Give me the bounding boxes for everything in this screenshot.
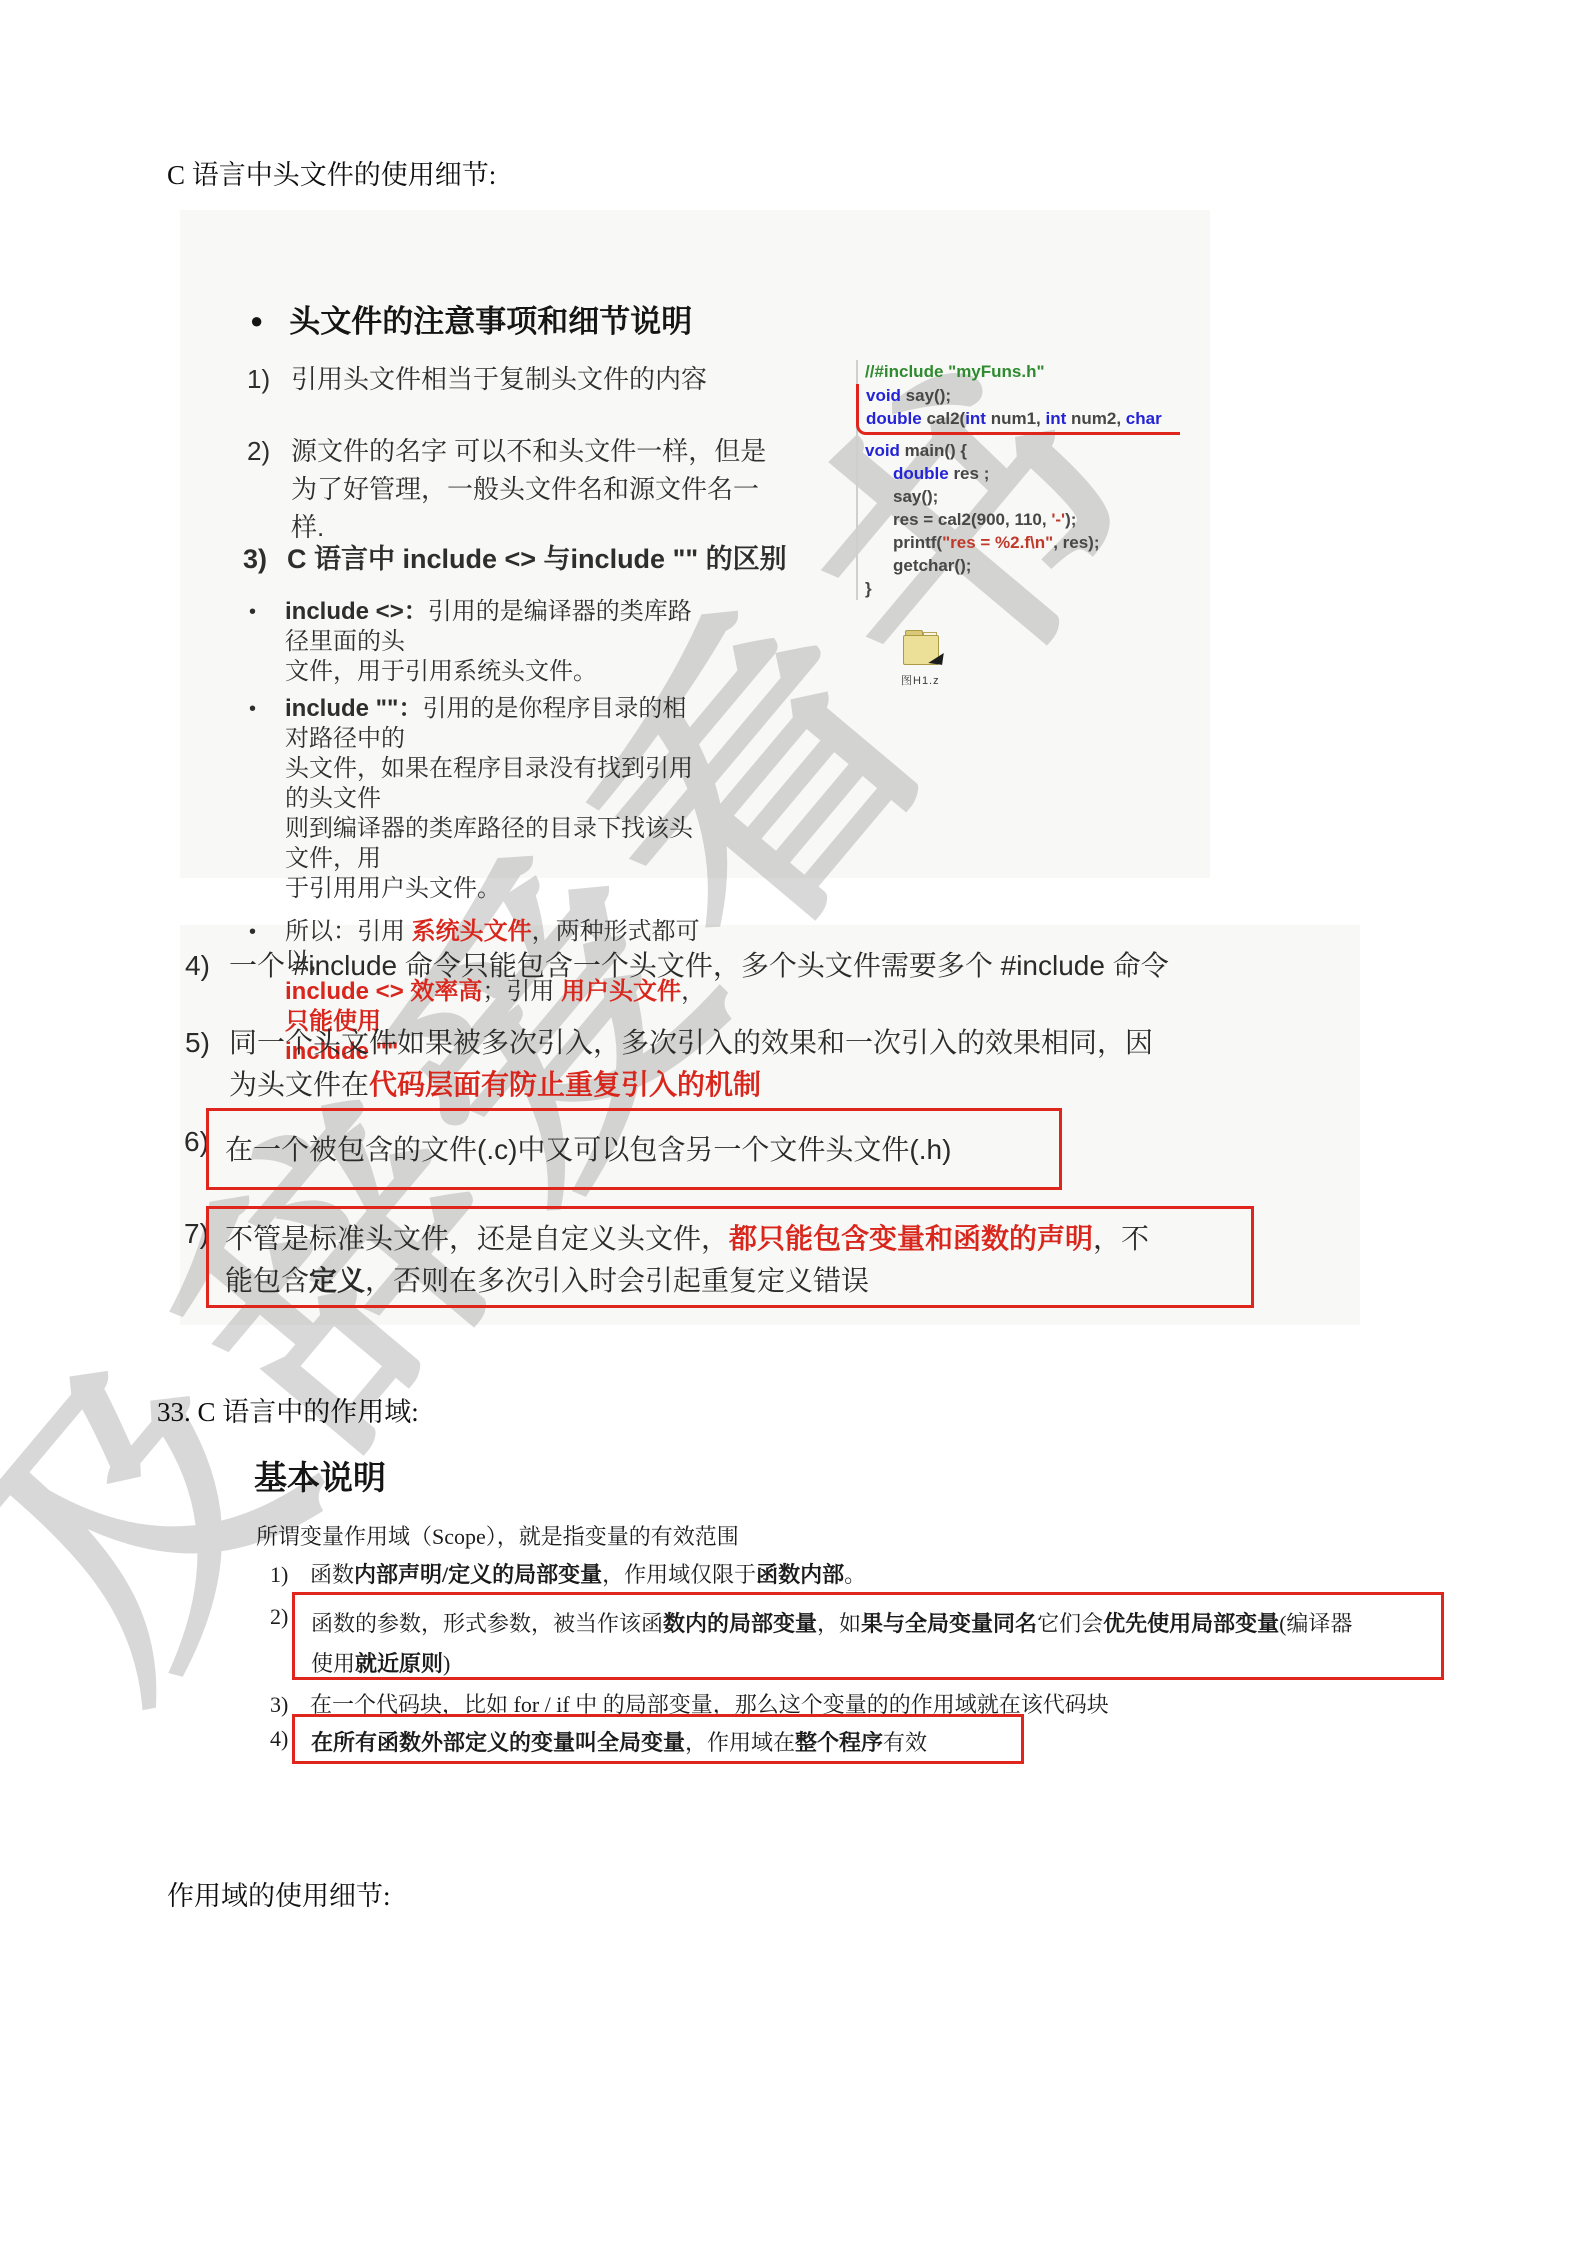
item-number: 2) (270, 1604, 288, 1630)
highlight-bold: 整个程序 (795, 1730, 883, 1755)
line: 为了好管理，一般头文件名和源文件名一 (291, 474, 759, 504)
code-keyword: int (1046, 409, 1067, 428)
code-token: cal2( (922, 409, 965, 428)
highlight-bold: 函数内部 (756, 1562, 844, 1587)
code-token: num2, (1066, 409, 1126, 428)
line: ，如 (817, 1611, 861, 1636)
notes-sub-bullets: • include <>：引用的是编译器的类库路径里面的头 文件，用于引用系统头… (249, 597, 709, 1074)
bullet-icon: • (249, 597, 285, 687)
item-text: 函数内部声明/定义的局部变量，作用域仅限于函数内部。 (310, 1558, 866, 1592)
highlight-bold: 果与全局变量同名 (861, 1611, 1037, 1636)
line: 函数 (310, 1562, 354, 1587)
code-token: include <>： (285, 598, 428, 625)
page-title: C 语言中头文件的使用细节: (167, 153, 496, 192)
item-text: 函数的参数，形式参数，被当作该函数内的局部变量，如果与全局变量同名它们会优先使用… (295, 1595, 1441, 1684)
bullet-icon: ● (250, 308, 263, 333)
code-token: , res); (1053, 533, 1099, 552)
item-number: 4) (270, 1726, 288, 1752)
item-number: 2) (247, 432, 291, 546)
item-number: 5) (185, 1022, 229, 1106)
scope-heading: 基本说明 (254, 1452, 386, 1499)
highlight-bold: 在所有函数外部定义的变量叫全局变量 (311, 1730, 685, 1755)
red-box-annotation-s4: 在所有函数外部定义的变量叫全局变量，作用域在整个程序有效 (292, 1714, 1024, 1764)
line: 为头文件在 (229, 1069, 369, 1100)
code-line: double res ; (865, 462, 1195, 485)
highlight-bold: 就近原则 (355, 1651, 443, 1676)
list-item-5: 5) 同一个头文件如果被多次引入，多次引入的效果和一次引入的效果相同，因 为头文… (185, 1022, 1285, 1106)
highlight-red: 系统头文件 (412, 918, 532, 945)
item-text: 引用头文件相当于复制头文件的内容 (291, 360, 707, 398)
highlight-red: 都只能包含变量和函数的声明 (729, 1223, 1093, 1254)
bullet-text: include ""：引用的是你程序目录的相对路径中的 头文件，如果在程序目录没… (285, 694, 709, 904)
scope-item-1: 1) 函数内部声明/定义的局部变量，作用域仅限于函数内部。 (270, 1558, 1370, 1592)
item-text: 在所有函数外部定义的变量叫全局变量，作用域在整个程序有效 (295, 1717, 1021, 1757)
line: 它们会 (1037, 1611, 1103, 1636)
list-item: • include ""：引用的是你程序目录的相对路径中的 头文件，如果在程序目… (249, 694, 709, 904)
item-number: 4) (185, 945, 229, 987)
notes-heading-text: 头文件的注意事项和细节说明 (289, 304, 692, 339)
list-item-3: 3) C 语言中 include <> 与include "" 的区别 (243, 540, 963, 578)
code-line: say(); (865, 485, 1195, 508)
line: 函数的参数，形式参数，被当作该函 (311, 1611, 663, 1636)
item-text: 源文件的名字 可以不和头文件一样，但是 为了好管理，一般头文件名和源文件名一 样… (291, 432, 766, 546)
line: 能包含 (225, 1265, 309, 1296)
line: 源文件的名字 可以不和头文件一样，但是 (291, 436, 766, 466)
code-string: "res = %2.f\n" (942, 533, 1053, 552)
code-line: printf("res = %2.f\n", res); (865, 531, 1195, 554)
highlight-bold: 定义 (309, 1265, 365, 1296)
red-underline-annotation: void say(); double cal2(int num1, int nu… (856, 384, 1180, 435)
folder-arrow (928, 651, 944, 665)
code-token: printf( (893, 533, 942, 552)
highlight-bold: 内部声明/定义的局部变量 (354, 1562, 602, 1587)
code-line: void say(); (866, 384, 1180, 407)
highlight-red: 代码层面有防止重复引入的机制 (369, 1069, 761, 1100)
code-keyword: void (865, 441, 900, 460)
code-token: include ""： (285, 695, 422, 722)
code-keyword: double (866, 409, 922, 428)
line: 使用 (311, 1651, 355, 1676)
line: ，否则在多次引入时会引起重复定义错误 (365, 1265, 869, 1296)
scope-intro: 所谓变量作用域（Scope），就是指变量的有效范围 (256, 1520, 739, 1551)
list-item-4: 4) 一个 #include 命令只能包含一个头文件，多个头文件需要多个 #in… (185, 945, 1265, 987)
list-item: • include <>：引用的是编译器的类库路径里面的头 文件，用于引用系统头… (249, 597, 709, 687)
list-item-2: 2) 源文件的名字 可以不和头文件一样，但是 为了好管理，一般头文件名和源文件名… (247, 432, 807, 546)
line: (编译器 (1279, 1611, 1352, 1636)
code-comment-line: //#include "myFuns.h" (865, 360, 1195, 383)
line: 。 (844, 1562, 866, 1587)
line: 有效 (883, 1730, 927, 1755)
file-label: 图H1.z (901, 672, 940, 688)
line: 文件，用于引用系统头文件。 (285, 658, 597, 685)
item-text: C 语言中 include <> 与include "" 的区别 (287, 540, 787, 578)
code-token: num1, (986, 409, 1046, 428)
folder-icon (903, 630, 945, 666)
code-keyword: char (1126, 409, 1162, 428)
line: 所以：引用 (285, 918, 412, 945)
line: 则到编译器的类库路径的目录下找该头文件，用 (285, 815, 693, 872)
line: 样. (291, 512, 324, 542)
line: 不管是标准头文件，还是自定义头文件， (225, 1223, 729, 1254)
item-number: 3) (243, 540, 287, 578)
line: 于引用用户头文件。 (285, 875, 501, 902)
line: ，不 (1093, 1223, 1149, 1254)
item-text: 同一个头文件如果被多次引入，多次引入的效果和一次引入的效果相同，因 为头文件在代… (229, 1022, 1153, 1106)
code-keyword: int (965, 409, 986, 428)
red-box-annotation-s2: 函数的参数，形式参数，被当作该函数内的局部变量，如果与全局变量同名它们会优先使用… (292, 1592, 1444, 1680)
bullet-text: include <>：引用的是编译器的类库路径里面的头 文件，用于引用系统头文件… (285, 597, 709, 687)
code-line: double cal2(int num1, int num2, char (866, 407, 1180, 430)
code-snippet: //#include "myFuns.h" void say(); double… (856, 360, 1195, 600)
line: ，作用域在 (685, 1730, 795, 1755)
line: ) (443, 1651, 450, 1676)
code-line: } (865, 577, 1195, 600)
line: ，作用域仅限于 (602, 1562, 756, 1587)
code-token: ); (1065, 510, 1076, 529)
item-text: 不管是标准头文件，还是自定义头文件，都只能包含变量和函数的声明，不 能包含定义，… (209, 1209, 1251, 1302)
section-title: 33. C 语言中的作用域: (157, 1390, 419, 1429)
highlight-bold: 优先使用局部变量 (1103, 1611, 1279, 1636)
document-page: 及辞爱看书 C 语言中头文件的使用细节: ●头文件的注意事项和细节说明 1) 引… (0, 0, 1587, 2245)
bullet-icon: • (249, 694, 285, 904)
notes-heading: ●头文件的注意事项和细节说明 (250, 296, 692, 341)
item-text: 在一个被包含的文件(.c)中又可以包含另一个文件头文件(.h) (209, 1111, 1059, 1171)
code-line: void main() { (865, 439, 1195, 462)
highlight-bold: 数内的局部变量 (663, 1611, 817, 1636)
red-box-annotation-7: 不管是标准头文件，还是自定义头文件，都只能包含变量和函数的声明，不 能包含定义，… (206, 1206, 1254, 1308)
code-line: res = cal2(900, 110, '-'); (865, 508, 1195, 531)
line: 同一个头文件如果被多次引入，多次引入的效果和一次引入的效果相同，因 (229, 1027, 1153, 1058)
red-box-annotation-6: 在一个被包含的文件(.c)中又可以包含另一个文件头文件(.h) (206, 1108, 1062, 1190)
code-keyword: void (866, 386, 901, 405)
code-token: res ; (949, 464, 990, 483)
footer-title: 作用域的使用细节: (167, 1874, 391, 1913)
code-keyword: double (893, 464, 949, 483)
item-text: 一个 #include 命令只能包含一个头文件，多个头文件需要多个 #inclu… (229, 945, 1169, 987)
code-string: '-' (1051, 510, 1065, 529)
line: 头文件，如果在程序目录没有找到引用的头文件 (285, 755, 693, 812)
code-line: getchar(); (865, 554, 1195, 577)
code-token: say(); (901, 386, 951, 405)
item-number: 1) (270, 1558, 310, 1592)
code-token: main() { (900, 441, 967, 460)
code-token: res = cal2(900, 110, (893, 510, 1051, 529)
item-number: 1) (247, 360, 291, 398)
